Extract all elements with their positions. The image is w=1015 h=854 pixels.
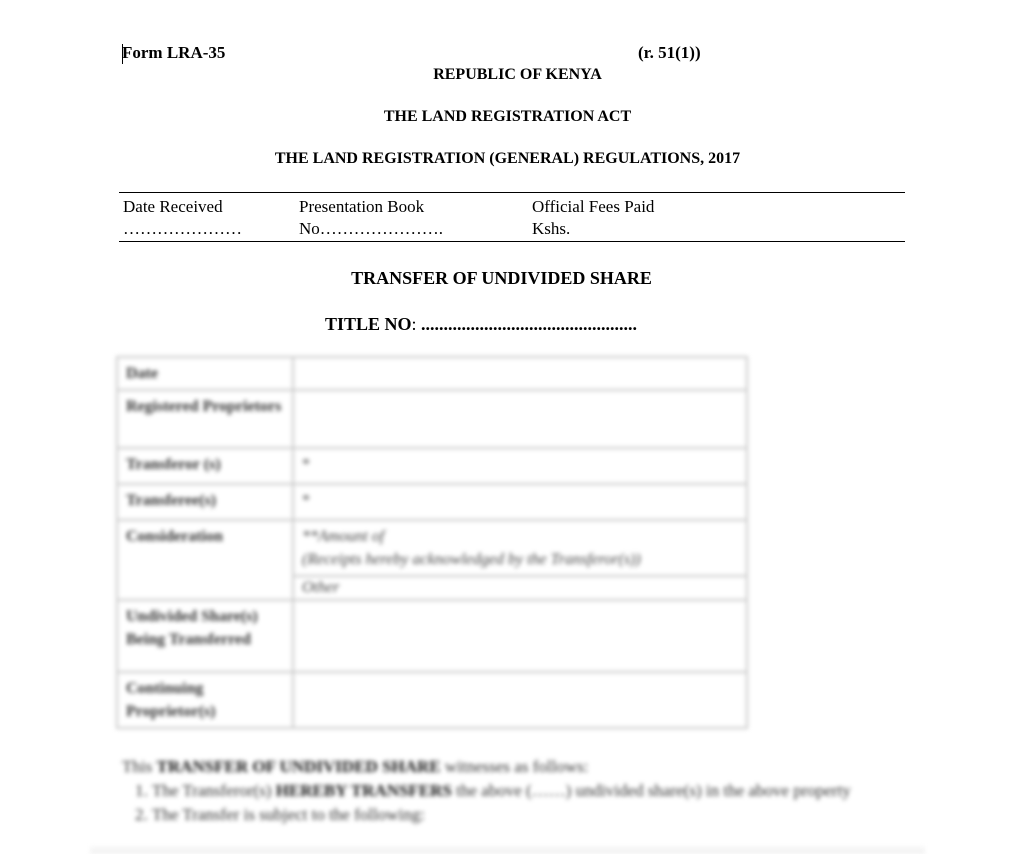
- row-value-date: [293, 357, 747, 390]
- consideration-amount: **Amount of (Receipts hereby acknowledge…: [294, 521, 746, 577]
- act-heading: THE LAND REGISTRATION ACT: [0, 108, 1015, 126]
- clause-item: The Transferor(s) HEREBY TRANSFERS the a…: [152, 779, 862, 803]
- clause1-suffix: the above (……) undivided share(s) in the…: [456, 781, 851, 800]
- regulations-heading: THE LAND REGISTRATION (GENERAL) REGULATI…: [0, 150, 1015, 168]
- table-row: Registered Proprietors: [117, 390, 747, 448]
- row-label-transferee: Transferee(s): [117, 484, 293, 520]
- row-value-registered-proprietors: [293, 390, 747, 448]
- row-label-registered-proprietors: Registered Proprietors: [117, 390, 293, 448]
- clause1-prefix: The Transferor(s): [152, 781, 271, 800]
- consideration-amount-line1: **Amount of: [302, 525, 738, 548]
- official-fees-value: Kshs.: [532, 218, 654, 240]
- consideration-other: Other: [294, 577, 746, 599]
- office-use-top-rule: [119, 192, 905, 193]
- title-no-label: TITLE NO: [325, 314, 412, 334]
- row-label-continuing-proprietors: Continuing Proprietor(s): [117, 672, 293, 728]
- table-row: Consideration **Amount of (Receipts here…: [117, 520, 747, 600]
- rule-reference: (r. 51(1)): [638, 43, 701, 63]
- office-use-bottom-rule: [119, 241, 905, 242]
- date-received-label: Date Received: [123, 196, 242, 218]
- intro-bold: TRANSFER OF UNDIVIDED SHARE: [156, 757, 440, 776]
- official-fees-field: Official Fees Paid Kshs.: [532, 196, 654, 240]
- transfer-body: This TRANSFER OF UNDIVIDED SHARE witness…: [122, 755, 862, 827]
- page-bottom-edge: [90, 846, 925, 854]
- document-page: Form LRA-35 (r. 51(1)) REPUBLIC OF KENYA…: [0, 0, 1015, 854]
- row-value-consideration: **Amount of (Receipts hereby acknowledge…: [293, 520, 747, 600]
- transfer-details-table: Date Registered Proprietors Transferor (…: [116, 356, 748, 729]
- title-no-value: ........................................…: [417, 314, 638, 334]
- clause-item: The Transfer is subject to the following…: [152, 803, 862, 827]
- official-fees-label: Official Fees Paid: [532, 196, 654, 218]
- title-number-line: TITLE NO: ..............................…: [325, 314, 637, 335]
- date-received-field: Date Received …………………: [123, 196, 242, 240]
- presentation-book-value: No………………….: [299, 218, 443, 240]
- table-row: Undivided Share(s) Being Transferred: [117, 600, 747, 672]
- row-value-transferee: *: [293, 484, 747, 520]
- consideration-amount-line2: (Receipts hereby acknowledged by the Tra…: [302, 548, 738, 571]
- row-value-undivided-shares: [293, 600, 747, 672]
- table-row: Continuing Proprietor(s): [117, 672, 747, 728]
- presentation-book-field: Presentation Book No………………….: [299, 196, 443, 240]
- presentation-book-label: Presentation Book: [299, 196, 443, 218]
- table-row: Transferee(s) *: [117, 484, 747, 520]
- table-row: Date: [117, 357, 747, 390]
- row-label-transferor: Transferor (s): [117, 448, 293, 484]
- form-number: Form LRA-35: [122, 43, 225, 63]
- table-row: Transferor (s) *: [117, 448, 747, 484]
- date-received-value: …………………: [123, 218, 242, 240]
- document-title: TRANSFER OF UNDIVIDED SHARE: [0, 268, 1003, 289]
- clause1-bold: HEREBY TRANSFERS: [276, 781, 452, 800]
- row-label-undivided-shares: Undivided Share(s) Being Transferred: [117, 600, 293, 672]
- transfer-intro: This TRANSFER OF UNDIVIDED SHARE witness…: [122, 755, 862, 779]
- republic-heading: REPUBLIC OF KENYA: [10, 66, 1015, 84]
- transfer-clauses: The Transferor(s) HEREBY TRANSFERS the a…: [122, 779, 862, 827]
- intro-suffix: witnesses as follows:: [445, 757, 589, 776]
- row-value-continuing-proprietors: [293, 672, 747, 728]
- row-label-consideration: Consideration: [117, 520, 293, 600]
- row-value-transferor: *: [293, 448, 747, 484]
- row-label-date: Date: [117, 357, 293, 390]
- intro-prefix: This: [122, 757, 152, 776]
